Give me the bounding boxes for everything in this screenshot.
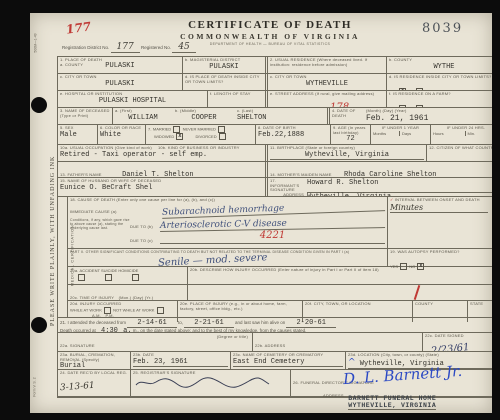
residence-limits-yes-checkbox: X [399, 88, 406, 90]
hours-label: Hours [433, 131, 466, 136]
form-code: Form V. S. 2 [33, 377, 37, 396]
registered-label: Registered No. [141, 45, 171, 50]
interval-handwriting: Minutes [390, 203, 488, 213]
informant-address-label: ADDRESS [270, 193, 304, 196]
informant-address-value: Wytheville, Virginia [307, 193, 492, 196]
spouse-value: Eunice O. BeCraft Shel [60, 184, 263, 192]
farm-label: f. IS RESIDENCE ON A FARM? [389, 92, 492, 97]
minutes-label: Min. [466, 131, 493, 136]
date-received-label: 24. DATE REC'D BY LOCAL REG. [60, 371, 128, 376]
homicide-label: HOMICIDE [118, 268, 138, 273]
injury-20b-label: 20b. DESCRIBE HOW INJURY OCCURRED (Enter… [190, 268, 492, 273]
months-label: Months [373, 131, 400, 136]
not-while-at-work-label: NOT WHILE AT WORK [113, 307, 154, 312]
age-value: 72 [333, 135, 368, 143]
injury-20c-sublabel: (Mon.) (Day) (Yr.) [119, 295, 154, 300]
magisterial-district-value: PULASKI [185, 63, 263, 71]
middle-name-value: COOPER [175, 114, 233, 122]
residence-limits-label: d. IS RESIDENCE INSIDE CITY OR TOWN LIMI… [389, 75, 492, 80]
conditions-note: Conditions, if any, which gave rise to a… [70, 218, 130, 230]
burial-type-label: 23a. BURIAL, CREMATION, REMOVAL (Specify… [60, 353, 128, 362]
injury-20e-label: 20e. PLACE OF INJURY (e.g., in or about … [180, 302, 300, 311]
last-name-value: SHELTON [237, 114, 325, 122]
street-address-label: e. STREET ADDRESS (If rural, give mailin… [270, 92, 384, 97]
residence-county-value: WYTHE [389, 63, 492, 71]
farm-yes-label: YES [389, 106, 397, 107]
physician-signature-scrawl [80, 350, 190, 351]
due-to-c-label: DUE TO (c) [130, 239, 160, 244]
birthplace-value: Wytheville, Virginia [270, 151, 424, 160]
hospital-value: PULASKI HOSPITAL [60, 97, 205, 105]
red-tally-number: 177 [65, 19, 92, 36]
punch-hole-top [31, 97, 47, 113]
last-seen-date: 2-20-61 [286, 319, 335, 328]
death-time-ampm: a. [123, 327, 131, 332]
farm-no-label: NO [408, 106, 414, 107]
industry-label: 10b. KIND OF BUSINESS OR INDUSTRY [158, 146, 240, 151]
date-signed-label: 22c. DATE SIGNED [425, 334, 492, 339]
print-code: 500M—1-49 [34, 33, 38, 52]
married-label: MARRIED [153, 127, 171, 132]
occupation-value: Retired - Taxi operator - self emp. [60, 151, 263, 159]
physician-address-scrawl [285, 350, 380, 351]
attended-from-date: 2-14-61 [127, 319, 176, 328]
pod-city-value: PULASKI [60, 80, 180, 88]
left-margin-note: PLEASE WRITE PLAINLY, WITH UNFADING INK [50, 116, 56, 326]
pod-limits-label: d. IS PLACE OF DEATH INSIDE CITY OR TOWN… [185, 75, 263, 84]
divorced-checkbox [219, 133, 226, 140]
immediate-cause-label: IMMEDIATE CAUSE (a) [70, 210, 162, 215]
degree-title-label: (Degree or title) [217, 335, 248, 340]
date-of-death-label: 4. DATE OF DEATH [332, 109, 362, 123]
burial-date-value: Feb. 23, 1961 [133, 358, 228, 367]
injury-20c-label: 20c. TIME OF INJURY [70, 295, 114, 300]
informant-value: Howard R. Shelton [307, 179, 492, 193]
interval-label: ✓ INTERVAL BETWEEN ONSET AND DEATH [390, 198, 492, 203]
race-value: White [100, 131, 143, 139]
funeral-address-label: ADDRESS [323, 393, 344, 398]
residence-limits-no-checkbox [416, 88, 423, 90]
injury-20f-label: 20f. CITY, TOWN, OR LOCATION [305, 302, 410, 307]
sex-value: Male [60, 131, 95, 139]
not-while-at-work-checkbox [157, 307, 164, 314]
informant-label: 17. INFORMANT'S SIGNATURE [270, 179, 304, 193]
attended-text-2: and last saw him alive on [235, 320, 285, 325]
signature-label: 22a. SIGNATURE [60, 343, 95, 348]
days-label: Days [400, 131, 428, 136]
homicide-checkbox [132, 274, 139, 281]
divorced-label: DIVORCED [195, 134, 216, 139]
first-name-value: WILLIAM [115, 114, 171, 122]
race-label: 6. COLOR OR RACE [100, 126, 143, 131]
registration-line: Registration District No. 177 Registered… [62, 42, 196, 52]
certificate-subtitle: COMMONWEALTH OF VIRGINIA [150, 32, 390, 41]
residence-section-label: 2. USUAL RESIDENCE (Where deceased lived… [270, 58, 384, 67]
state-file-number-stamp: 8039 [422, 21, 463, 36]
burial-type-value: Burial [60, 362, 128, 369]
punch-hole-bottom [31, 317, 47, 333]
never-married-label: NEVER MARRIED [183, 127, 216, 132]
funeral-home-stamp: BARNETT FUNERAL HOME [348, 395, 436, 402]
registered-value: 45 [172, 42, 195, 53]
date-signed-handwriting: 2/23/61 [431, 342, 471, 351]
name-of-deceased-label: 3. NAME OF DECEASED (Type or Print) [60, 109, 110, 118]
citizen-label: 12. CITIZEN OF WHAT COUNTRY [429, 146, 492, 151]
injury-state-label: STATE [470, 302, 492, 307]
due-to-b-label: DUE TO (b) [130, 225, 160, 230]
street-address-red-number: 178 [330, 102, 349, 107]
date-of-death-value: Feb. 21, 1961 [366, 114, 492, 123]
residence-limits-yes-label: YES [389, 89, 397, 90]
residence-limits-no-label: NO [408, 89, 414, 90]
widowed-label: WIDOWED [154, 134, 174, 139]
married-checkbox [173, 126, 180, 133]
occupation-label: 10a. USUAL OCCUPATION (Give kind of work… [60, 146, 152, 151]
death-occurred-text-2: m., on the date stated above; and to the… [133, 328, 307, 332]
funeral-city-stamp: WYTHEVILLE, VIRGINIA [348, 402, 436, 410]
registrar-signature-scrawl [133, 376, 273, 389]
father-value: Daniel T. Shelton [122, 171, 193, 177]
injury-county-label: COUNTY [415, 302, 465, 307]
certificate-paper: PLEASE WRITE PLAINLY, WITH UNFADING INK … [30, 13, 492, 413]
interval-red-check: ✓ [390, 197, 394, 202]
suicide-label: SUICIDE [101, 268, 117, 273]
suicide-checkbox [105, 274, 112, 281]
farm-yes-checkbox [399, 105, 406, 107]
accident-label: ACCIDENT [79, 268, 99, 273]
accident-checkbox [78, 274, 85, 281]
mother-label: 14. MOTHER'S MAIDEN NAME [270, 172, 332, 177]
widowed-checkbox: X [176, 133, 183, 140]
cemetery-value: East End Cemetery [233, 358, 343, 367]
age-label: 9. AGE (In years last birthday) [333, 126, 368, 135]
certificate-form: 1. PLACE OF DEATH a. COUNTY PULASKI b. M… [57, 56, 492, 398]
dob-value: Feb.22,1888 [258, 131, 328, 139]
autopsy-label: 19. WAS AUTOPSY PERFORMED? [390, 250, 492, 255]
never-married-checkbox [218, 126, 225, 133]
death-occurred-text: Death occurred at [60, 328, 96, 332]
attended-to-date: 2-21-61 [184, 319, 233, 328]
father-label: 13. FATHER'S NAME [60, 172, 102, 177]
insertion-caret-mark: ^ [348, 358, 356, 368]
death-time-value: 4:30 [97, 327, 122, 332]
reg-district-value: 177 [111, 42, 140, 53]
residence-city-value: WYTHEVILLE [270, 80, 384, 88]
mother-value: Rhoda Caroline Shelton [344, 171, 436, 177]
cause-code-red: 4221 [260, 230, 285, 241]
attended-to-word: to, [178, 320, 183, 325]
physician-address-label: 22b. ADDRESS [255, 343, 285, 348]
part2-handwriting: Senile — mod. severe [158, 252, 268, 266]
farm-no-checkbox [416, 105, 423, 107]
medical-certification-strip: MEDICAL CERTIFICATION [58, 197, 68, 317]
date-received-handwriting: 3-13-61 [60, 380, 95, 392]
certificate-title: CERTIFICATE OF DEATH [150, 19, 390, 31]
marital-number-label: 7. [148, 127, 152, 132]
length-of-stay-label: f. LENGTH OF STAY [210, 92, 263, 97]
reg-district-label: Registration District No. [62, 45, 109, 50]
attended-text-1: 21. I attended the deceased from [60, 320, 126, 325]
